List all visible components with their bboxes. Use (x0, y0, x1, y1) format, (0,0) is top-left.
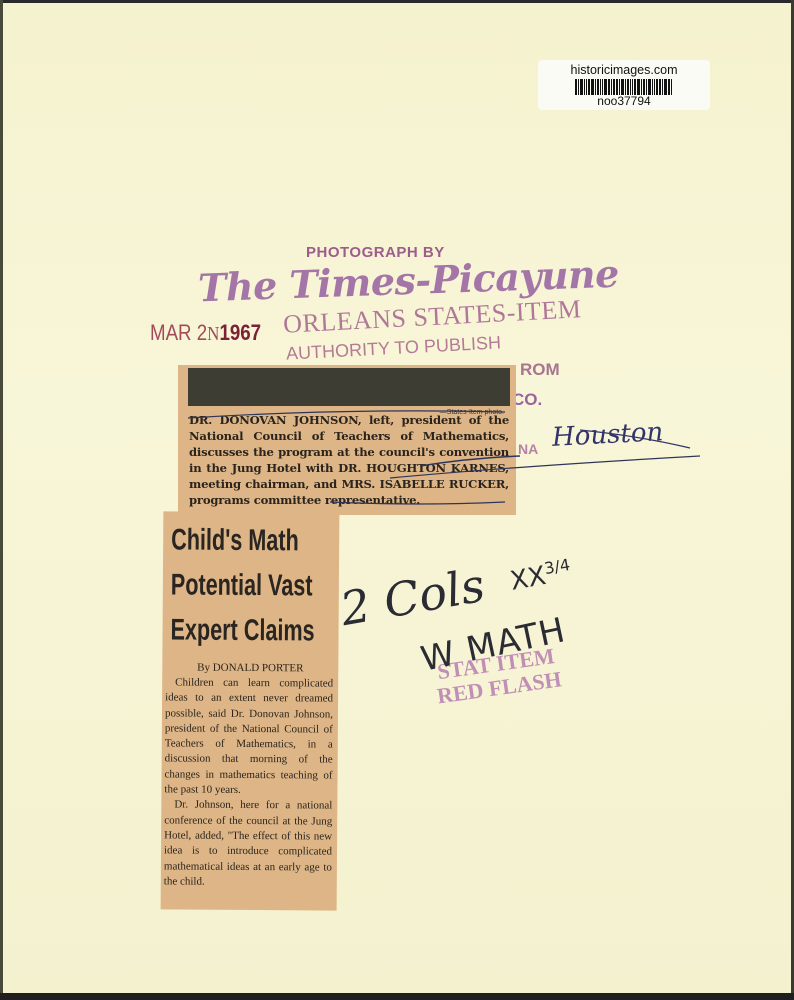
article-paragraph: Children can learn complicated ideas to … (164, 675, 333, 799)
article-headline: Child's Math Potential Vast Expert Claim… (170, 517, 292, 653)
handwriting-houston: Houston (551, 417, 664, 453)
article-paragraph: Dr. Johnson, here for a national confere… (164, 798, 333, 891)
stamp-from-fragment: ROM (520, 360, 560, 380)
scan-border-top (0, 0, 794, 3)
label-code: noo37794 (538, 95, 710, 108)
article-body: Children can learn complicated ideas to … (164, 675, 333, 890)
date-stamp-year: 1967 (219, 320, 261, 345)
headline-line: Expert Claims (170, 607, 291, 653)
headline-line: Child's Math (171, 517, 292, 563)
barcode-icon (565, 79, 683, 95)
date-stamp-prefix: MAR 2 (150, 320, 207, 345)
headline-line: Potential Vast (171, 562, 292, 608)
handwriting-xx-text: XX (508, 561, 548, 597)
scan-border-left (0, 0, 3, 1000)
stamp-co-fragment: CO. (512, 390, 542, 410)
date-stamp-n: N (207, 323, 219, 345)
stamp-na-fragment: NA (518, 441, 538, 457)
photo-strip (188, 368, 510, 406)
handwriting-fraction: 3/4 (543, 555, 572, 578)
scan-border-bottom (0, 993, 794, 1000)
caption-clipping: —States-Item photo. DR. DONOVAN JOHNSON,… (178, 365, 516, 515)
barcode-label: historicimages.com noo37794 (538, 60, 710, 110)
article-clipping: Child's Math Potential Vast Expert Claim… (161, 511, 340, 910)
caption-text: DR. DONOVAN JOHNSON, left, president of … (189, 412, 509, 508)
article-byline: By DONALD PORTER (162, 661, 338, 674)
date-stamp: MAR 2N1967 (150, 320, 261, 346)
label-site: historicimages.com (538, 63, 710, 77)
